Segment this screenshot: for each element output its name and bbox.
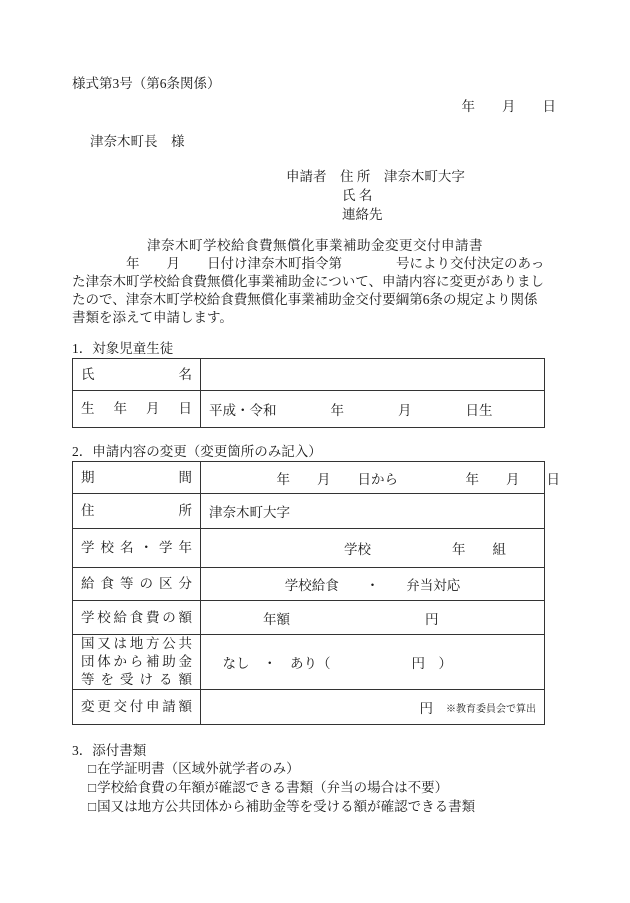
table-row: 住所 津奈木町大字 bbox=[73, 494, 544, 529]
date-line: 年 月 日 bbox=[72, 98, 556, 116]
lunch-fee-value-cell: 年額 円 bbox=[201, 601, 544, 634]
applicant-address-line: 申請者 住 所 津奈木町大字 bbox=[286, 167, 630, 186]
lunch-fee-label: 学校給食費の額 bbox=[81, 609, 192, 627]
table-row: 給食等の区分 学校給食 ・ 弁当対応 bbox=[73, 568, 544, 601]
section3-heading: 3．添付書類 bbox=[72, 742, 630, 759]
table-row: 学校名・学年 学校 年 組 bbox=[73, 529, 544, 568]
table-row: 生年月日 平成・令和 年 月 日生 bbox=[73, 391, 544, 427]
change-amount-label: 変更交付申請額 bbox=[81, 698, 192, 716]
row-label-cell: 氏名 bbox=[73, 359, 201, 390]
applicant-name-line: 氏 名 bbox=[286, 186, 630, 205]
table-row: 学校給食費の額 年額 円 bbox=[73, 601, 544, 635]
period-label: 期間 bbox=[81, 469, 192, 487]
birthdate-value-cell: 平成・令和 年 月 日生 bbox=[201, 391, 544, 427]
name-label: 氏名 bbox=[81, 366, 192, 384]
row-label-cell: 期間 bbox=[73, 462, 201, 493]
intro-line: 年 月 日付け津奈木町指令第 号により交付決定のあっ bbox=[72, 255, 564, 273]
checkbox-icon: □ bbox=[88, 778, 96, 797]
table-row: 国又は地方公共 団体から補助金 等を受ける額 なし ・ あり（ 円 ） bbox=[73, 635, 544, 690]
attachment-label: 国又は地方公共団体から補助金等を受ける額が確認できる書類 bbox=[97, 797, 475, 816]
row-label-cell: 学校名・学年 bbox=[73, 529, 201, 567]
period-value-cell: 年 月 日から 年 月 日 bbox=[201, 462, 560, 493]
row-label-cell: 生年月日 bbox=[73, 391, 201, 427]
applicant-block: 申請者 住 所 津奈木町大字 氏 名 連絡先 bbox=[286, 167, 630, 224]
list-item: □ 国又は地方公共団体から補助金等を受ける額が確認できる書類 bbox=[88, 797, 630, 816]
subsidy-label-line: 等を受ける額 bbox=[81, 671, 192, 689]
form-number: 様式第3号（第6条関係） bbox=[72, 75, 630, 93]
intro-line: たので、津奈木町学校給食費無償化事業補助金交付要綱第6条の規定より関係 bbox=[72, 291, 564, 309]
table-row: 期間 年 月 日から 年 月 日 bbox=[73, 462, 544, 494]
school-grade-value-cell: 学校 年 組 bbox=[201, 529, 544, 567]
meal-type-value-cell: 学校給食 ・ 弁当対応 bbox=[201, 568, 544, 600]
document-title: 津奈木町学校給食費無償化事業補助金変更交付申請書 bbox=[0, 237, 630, 255]
calculated-by-board-note: ※教育委員会で算出 bbox=[446, 700, 536, 715]
table-row: 氏名 bbox=[73, 359, 544, 391]
row-label-cell: 住所 bbox=[73, 494, 201, 528]
application-form-page: 様式第3号（第6条関係） 年 月 日 津奈木町長 様 申請者 住 所 津奈木町大… bbox=[0, 0, 630, 903]
row-label-cell: 学校給食費の額 bbox=[73, 601, 201, 634]
row-label-cell: 国又は地方公共 団体から補助金 等を受ける額 bbox=[73, 635, 201, 689]
section2-heading: 2．申請内容の変更（変更箇所のみ記入） bbox=[72, 443, 630, 460]
yen-unit: 円 bbox=[420, 697, 434, 717]
attachment-label: 在学証明書（区域外就学者のみ） bbox=[97, 759, 300, 778]
attachments-list: □ 在学証明書（区域外就学者のみ） □ 学校給食費の年額が確認できる書類（弁当の… bbox=[88, 759, 630, 816]
intro-line: た津奈木町学校給食費無償化事業補助金について、申請内容に変更がありまし bbox=[72, 273, 564, 291]
table-row: 変更交付申請額 円 ※教育委員会で算出 bbox=[73, 690, 544, 724]
change-amount-value-cell: 円 ※教育委員会で算出 bbox=[201, 690, 544, 724]
meal-type-label: 給食等の区分 bbox=[81, 575, 192, 593]
intro-line: 書類を添えて申請します。 bbox=[72, 309, 564, 327]
row-label-cell: 給食等の区分 bbox=[73, 568, 201, 600]
row-label-cell: 変更交付申請額 bbox=[73, 690, 201, 724]
checkbox-icon: □ bbox=[88, 797, 96, 816]
checkbox-icon: □ bbox=[88, 759, 96, 778]
name-value-cell bbox=[201, 359, 544, 390]
subsidy-label-line: 団体から補助金 bbox=[81, 653, 192, 671]
subsidy-value-cell: なし ・ あり（ 円 ） bbox=[201, 635, 544, 689]
section1-heading: 1．対象児童生徒 bbox=[72, 340, 630, 357]
list-item: □ 在学証明書（区域外就学者のみ） bbox=[88, 759, 630, 778]
address-value-cell: 津奈木町大字 bbox=[201, 494, 544, 528]
school-grade-label: 学校名・学年 bbox=[81, 539, 192, 557]
change-details-table: 期間 年 月 日から 年 月 日 住所 津奈木町大字 学校名・学年 学校 年 組… bbox=[72, 461, 545, 725]
intro-paragraph: 年 月 日付け津奈木町指令第 号により交付決定のあっ た津奈木町学校給食費無償化… bbox=[72, 255, 564, 327]
attachment-label: 学校給食費の年額が確認できる書類（弁当の場合は不要） bbox=[97, 778, 448, 797]
applicant-contact-line: 連絡先 bbox=[286, 205, 630, 224]
addressee-line: 津奈木町長 様 bbox=[90, 133, 630, 151]
subsidy-label-line: 国又は地方公共 bbox=[81, 635, 192, 653]
address-label: 住所 bbox=[81, 502, 192, 520]
birthdate-label: 生年月日 bbox=[81, 400, 192, 418]
list-item: □ 学校給食費の年額が確認できる書類（弁当の場合は不要） bbox=[88, 778, 630, 797]
target-student-table: 氏名 生年月日 平成・令和 年 月 日生 bbox=[72, 358, 545, 428]
